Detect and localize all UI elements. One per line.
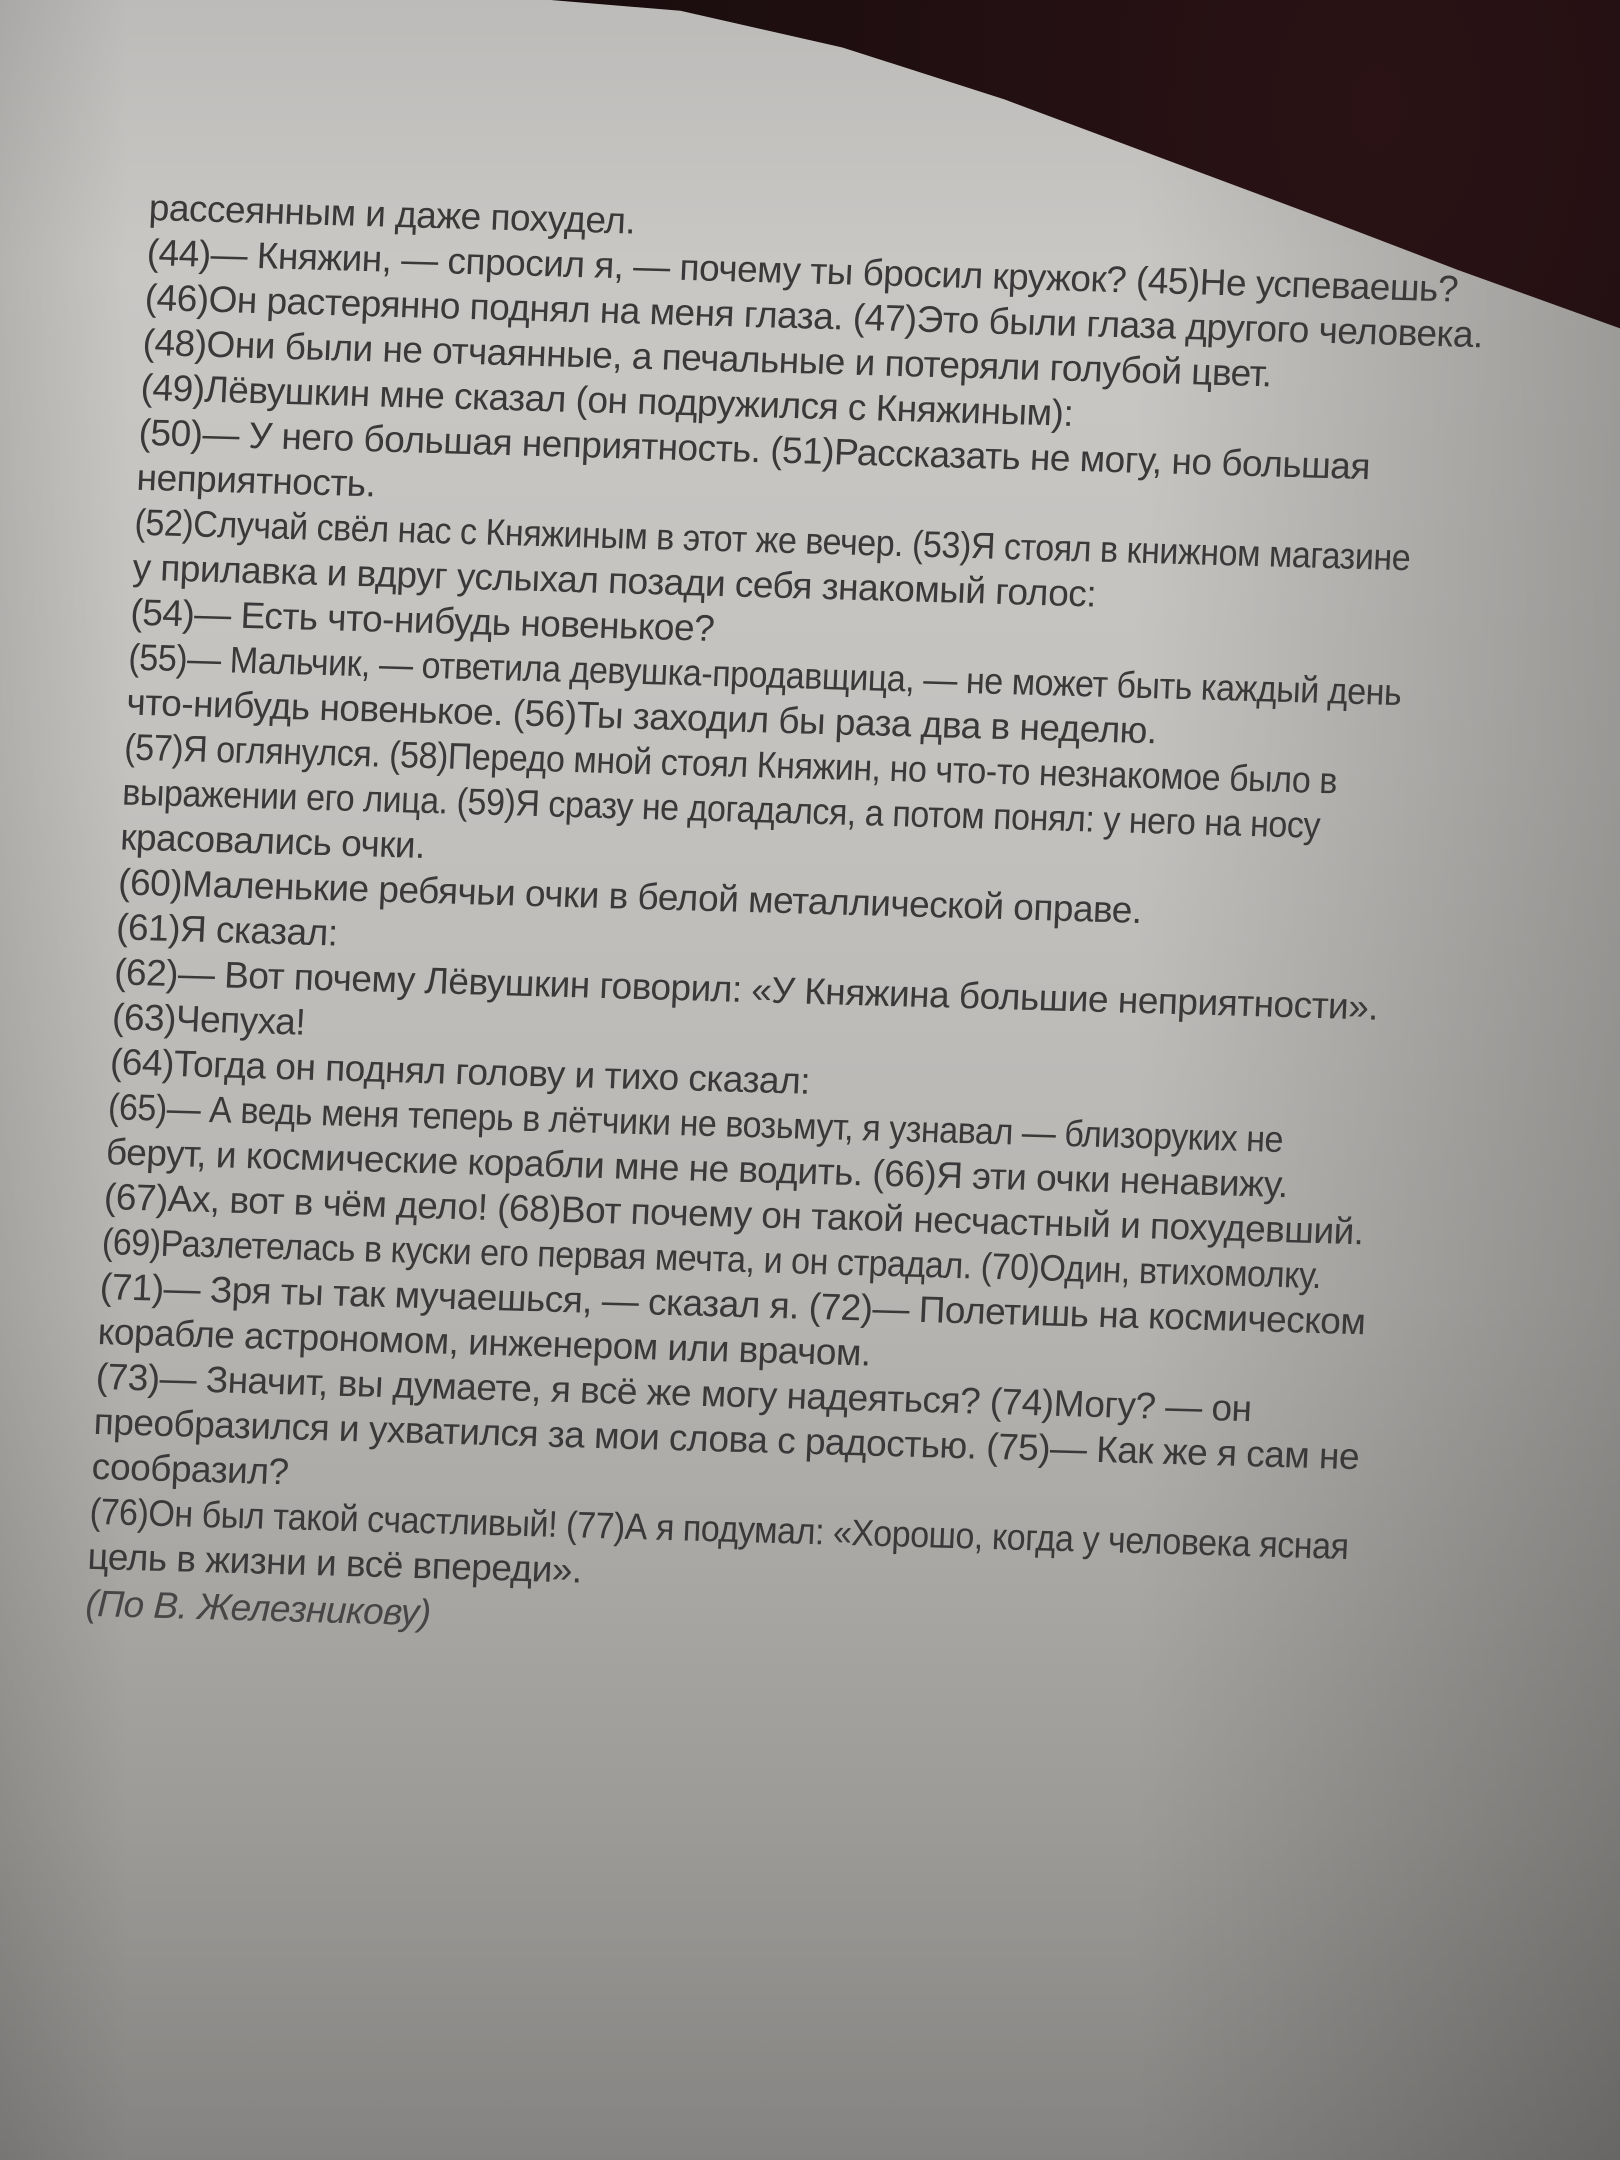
printed-page: рассеянным и даже похудел. (44)— Княжин,… <box>0 0 1620 2160</box>
photo-scene: рассеянным и даже похудел. (44)— Княжин,… <box>0 0 1620 2160</box>
document-text: рассеянным и даже похудел. (44)— Княжин,… <box>85 185 1570 1665</box>
